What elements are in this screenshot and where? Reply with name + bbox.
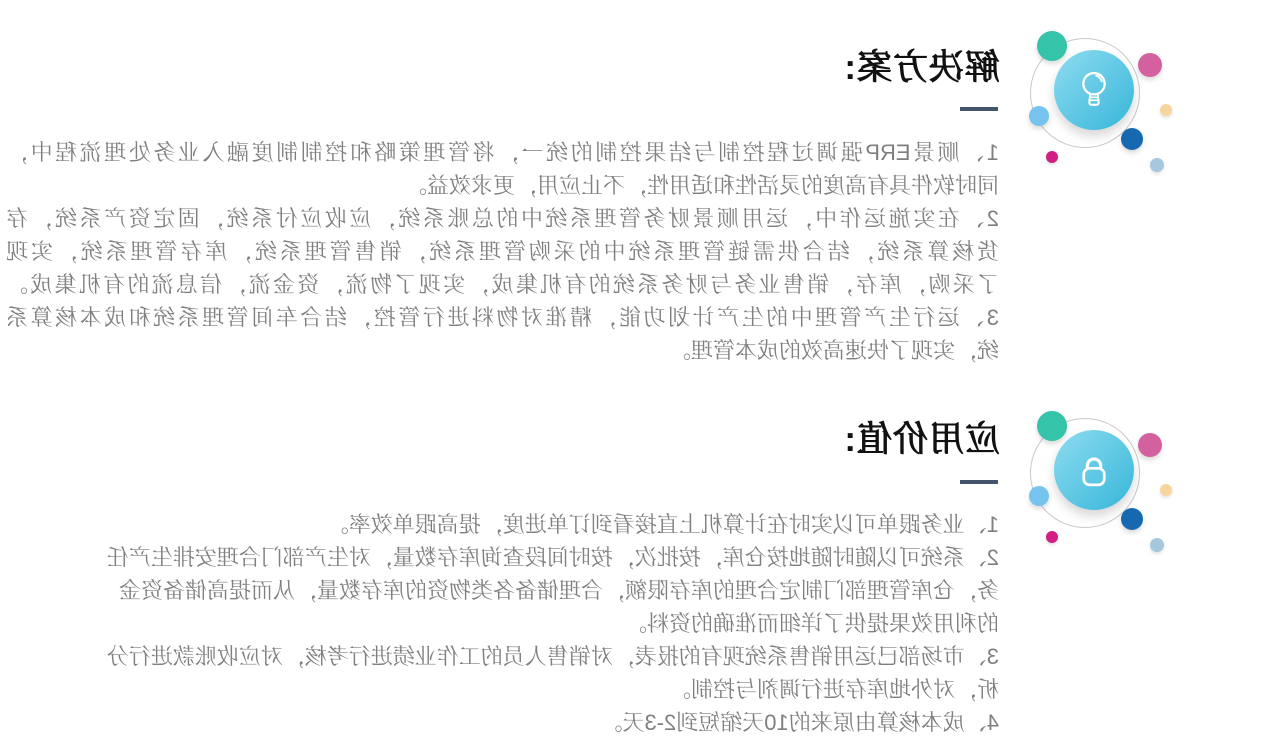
body-line: 同时软件具有高度的灵活性和适用性，不止应用，更求效益。 — [6, 169, 999, 202]
decor-dot-dark-blue — [1121, 128, 1143, 150]
value-icon-badge — [1014, 390, 1194, 570]
section-title: 解决方案: — [843, 48, 1000, 88]
body-line: 2、系统可以随时随地按仓库，按批次，按时间段查询库存数量，对生产部门合理安排生产… — [6, 541, 999, 574]
body-line: 货核算系统，结合供需链管理系统中的采购管理系统，销售管理系统，库存管理系统，实现 — [6, 235, 999, 268]
decor-dot-pink — [1138, 53, 1162, 77]
mirrored-slide-canvas: 解决方案: 1、顺景ERP强调过程控制与结果控制的统一，将管理策略和控制制度融入… — [0, 0, 1264, 744]
title-underline — [960, 480, 998, 484]
decor-dot-cream — [1160, 484, 1172, 496]
body-line: 2、在实施运作中，运用顺景财务管理系统中的总账系统，应收应付系统，固定资产系统，… — [6, 202, 999, 235]
title-underline — [960, 107, 998, 111]
body-line: 统，实现了快速高效的成本管理。 — [6, 334, 999, 367]
decor-dot-pink — [1138, 433, 1162, 457]
decor-dot-steel — [1150, 158, 1164, 172]
body-line: 3、市场部已运用销售系统现有的报表，对销售人员的工作业绩进行考核，对应收账款进行… — [6, 640, 999, 673]
icon-bubble — [1054, 430, 1134, 510]
body-line: 4、成本核算由原来的10天缩短到2-3天。 — [6, 706, 999, 739]
decor-dot-light-blue — [1029, 486, 1049, 506]
decor-dot-light-blue — [1029, 106, 1049, 126]
section-body: 1、顺景ERP强调过程控制与结果控制的统一，将管理策略和控制制度融入业务处理流程… — [6, 136, 999, 367]
body-line: 务，仓库管理部门制定合理的库存限额，合理储备各类物资的库存数量，从而提高储备资金 — [6, 574, 999, 607]
section-title: 应用价值: — [843, 420, 1000, 460]
body-line: 1、业务跟单可以实时在计算机上直接看到订单进度，提高跟单效率。 — [6, 508, 999, 541]
decor-dot-teal — [1037, 31, 1067, 61]
solution-icon-badge — [1014, 10, 1194, 190]
body-line: 了采购，库存，销售业务与财务系统的有机集成，实现了物流，资金流，信息流的有机集成… — [6, 268, 999, 301]
body-line: 的利用效果提供了详细而准确的资料。 — [6, 607, 999, 640]
decor-dot-dark-blue — [1121, 508, 1143, 530]
decor-dot-magenta — [1046, 531, 1058, 543]
decor-dot-steel — [1150, 538, 1164, 552]
lightbulb-icon — [1071, 67, 1117, 113]
body-line: 析，对外地库存进行调剂与控制。 — [6, 673, 999, 706]
section-body: 1、业务跟单可以实时在计算机上直接看到订单进度，提高跟单效率。 2、系统可以随时… — [6, 508, 999, 739]
body-line: 3、运行生产管理中的生产计划功能，精准对物料进行管控，结合车间管理系统和成本核算… — [6, 301, 999, 334]
decor-dot-teal — [1037, 411, 1067, 441]
icon-bubble — [1054, 50, 1134, 130]
decor-dot-magenta — [1046, 151, 1058, 163]
decor-dot-cream — [1160, 104, 1172, 116]
lock-icon — [1071, 447, 1117, 493]
body-line: 1、顺景ERP强调过程控制与结果控制的统一，将管理策略和控制制度融入业务处理流程… — [6, 136, 999, 169]
